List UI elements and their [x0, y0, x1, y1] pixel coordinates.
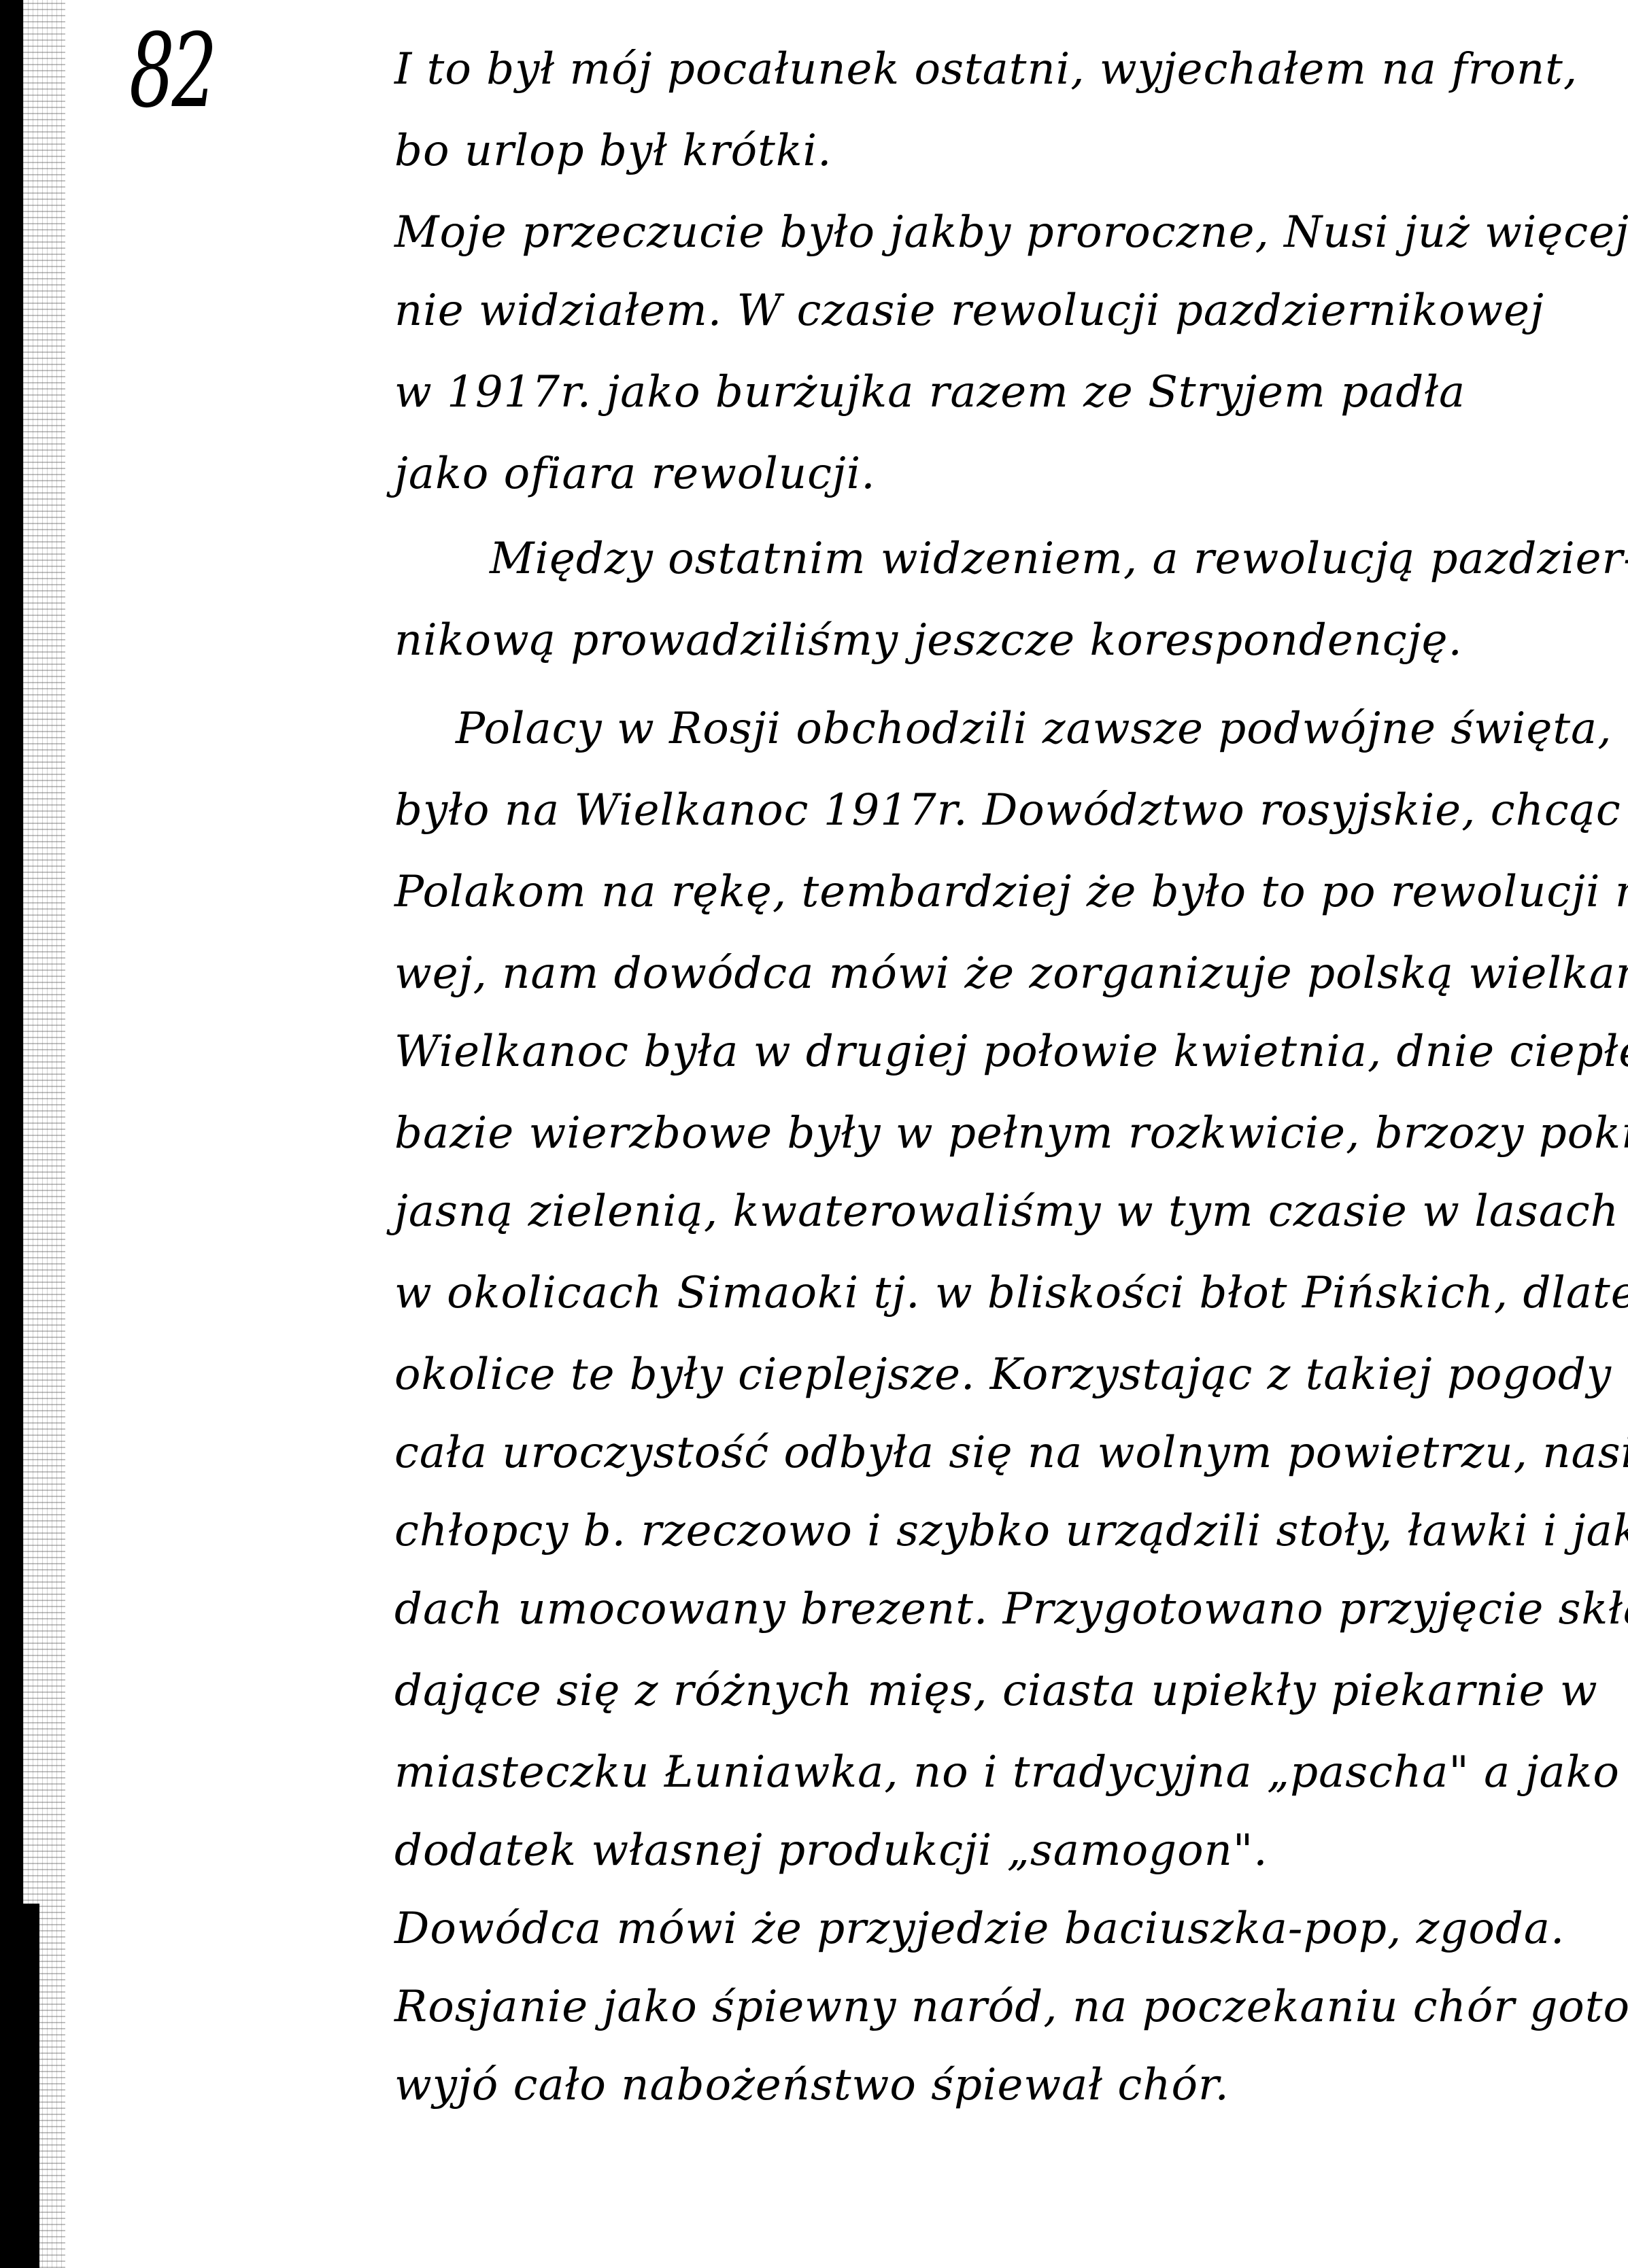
manuscript-line: Rosjanie jako śpiewny naród, na poczekan… [394, 1985, 1628, 2029]
manuscript-line: dające się z różnych mięs, ciasta upiekł… [394, 1669, 1598, 1713]
manuscript-line: Wielkanoc była w drugiej połowie kwietni… [394, 1030, 1628, 1073]
manuscript-line: okolice te były cieplejsze. Korzystając … [394, 1353, 1628, 1396]
manuscript-line: było na Wielkanoc 1917r. Dowództwo rosyj… [394, 789, 1628, 832]
manuscript-line: bo urlop był krótki. [394, 129, 832, 173]
page-number: 82 [129, 20, 214, 122]
scan-noise-margin [23, 0, 65, 2268]
manuscript-line: w 1917r. jako burżujka razem ze Stryjem … [394, 371, 1465, 414]
manuscript-line: nie widziałem. W czasie rewolucji pazdzi… [394, 289, 1544, 332]
manuscript-line: I to był mój pocałunek ostatni, wyjechał… [394, 48, 1578, 91]
manuscript-line: dodatek własnej produkcji „samogon". [394, 1829, 1268, 1872]
manuscript-line: Moje przeczucie było jakby proroczne, Nu… [394, 211, 1628, 254]
manuscript-line: bazie wierzbowe były w pełnym rozkwicie,… [394, 1112, 1628, 1155]
manuscript-line: w okolicach Simaoki tj. w bliskości błot… [394, 1271, 1628, 1315]
manuscript-line: cała uroczystość odbyła się na wolnym po… [394, 1431, 1628, 1475]
manuscript-line: Dowódca mówi że przyjedzie baciuszka-pop… [394, 1907, 1565, 1951]
manuscript-line: dach umocowany brezent. Przygotowano prz… [394, 1587, 1628, 1631]
manuscript-line: Między ostatnim widzeniem, a rewolucją p… [490, 537, 1628, 581]
manuscript-line: Polacy w Rosji obchodzili zawsze podwójn… [456, 707, 1628, 751]
manuscript-line: jasną zielenią, kwaterowaliśmy w tym cza… [394, 1190, 1619, 1233]
manuscript-line: jako ofiara rewolucji. [394, 452, 876, 496]
manuscript-line: wyjó cało nabożeństwo śpiewał chór. [394, 2063, 1230, 2107]
manuscript-line: miasteczku Łuniawka, no i tradycyjna „pa… [394, 1751, 1620, 1794]
manuscript-line: Polakom na rękę, tembardziej że było to … [394, 870, 1628, 914]
manuscript-line: nikową prowadziliśmy jeszcze koresponden… [394, 619, 1463, 662]
manuscript-line: chłopcy b. rzeczowo i szybko urządzili s… [394, 1509, 1628, 1553]
manuscript-line: wej, nam dowódca mówi że zorganizuje pol… [394, 952, 1628, 995]
